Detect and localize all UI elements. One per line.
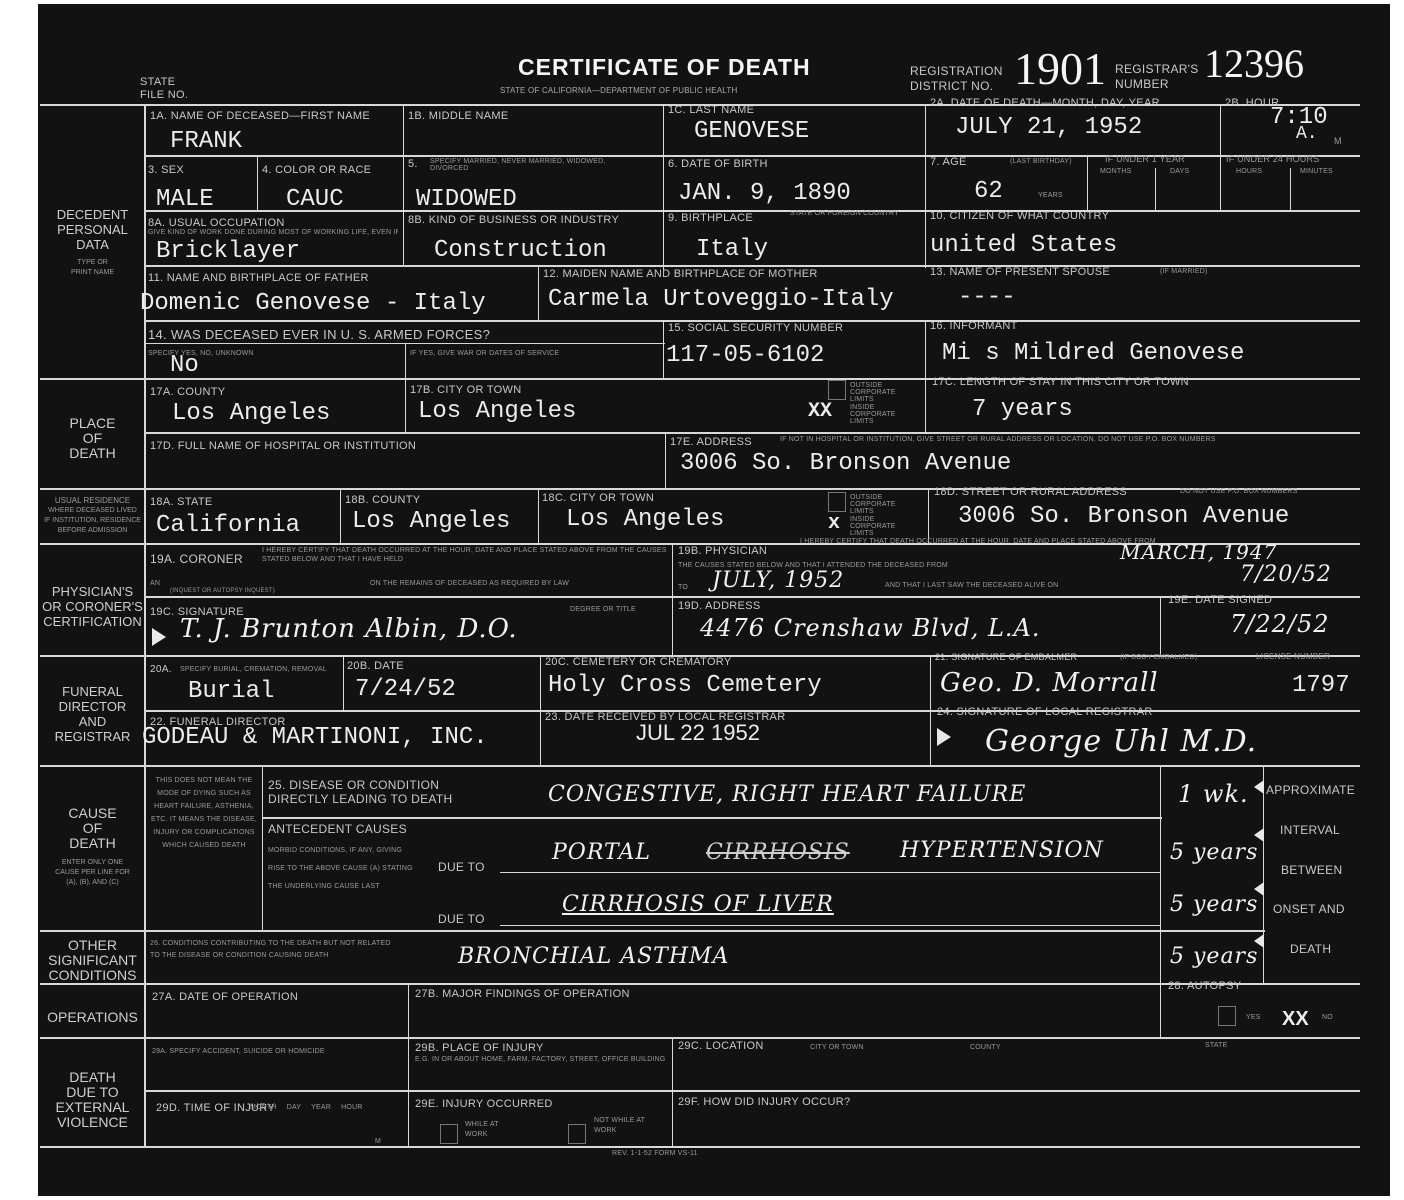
death-city-label: 17b. CITY OR TOWN — [410, 384, 521, 396]
physician-label: 19b. PHYSICIAN — [678, 545, 767, 557]
death-county-label: 17a. COUNTY — [150, 386, 225, 398]
interval-heading-2: INTERVAL — [1280, 823, 1340, 837]
divider — [262, 767, 263, 930]
age-label: 7. AGE — [930, 156, 967, 168]
divider — [1263, 767, 1264, 983]
date-of-birth-label: 6. DATE OF BIRTH — [668, 158, 768, 170]
local-registrar-label: 24. SIGNATURE OF LOCAL REGISTRAR — [937, 706, 1153, 718]
divider — [538, 490, 539, 543]
section-usual-residence: USUAL RESIDENCE — [40, 496, 145, 506]
marital-value: WIDOWED — [416, 186, 517, 213]
divider — [1290, 168, 1291, 210]
divider — [343, 657, 344, 710]
section-decedent: DECEDENT PERSONAL DATA — [40, 207, 145, 252]
divider — [262, 817, 1162, 819]
divider — [1160, 767, 1161, 1037]
divider — [665, 432, 666, 488]
age-unit: YEARS — [1038, 192, 1063, 199]
injury-state-label: STATE — [1205, 1042, 1228, 1049]
injury-place-note: E.G. IN OR ABOUT HOME, FARM, FACTORY, ST… — [415, 1056, 665, 1063]
age-value: 62 — [974, 178, 1003, 205]
cause-note: THIS DOES NOT MEAN THE MODE OF DYING SUC… — [150, 774, 258, 852]
res-city-label: 18c. CITY OR TOWN — [542, 492, 654, 504]
while-at-work-checkbox[interactable] — [440, 1124, 458, 1144]
interval-heading-3: BETWEEN — [1281, 863, 1342, 877]
certificate-subtitle: STATE OF CALIFORNIA—DEPARTMENT OF PUBLIC… — [500, 86, 737, 95]
physician-address-label: 19d. ADDRESS — [678, 600, 760, 612]
outside-limits-label: OUTSIDE CORPORATE LIMITS — [850, 382, 920, 403]
license-label: LICENSE NUMBER — [1256, 652, 1330, 661]
birthplace-value: Italy — [696, 236, 768, 263]
citizen-value: united States — [930, 232, 1117, 259]
divider — [1160, 596, 1161, 655]
divider — [40, 488, 1360, 490]
form-revision: REV. 1-1-52 FORM VS-11 — [612, 1150, 698, 1157]
sex-label: 3. SEX — [148, 164, 184, 176]
divider — [40, 930, 1265, 932]
months-label: MONTHS — [1100, 168, 1132, 175]
cemetery-label: 20c. CEMETERY OR CREMATORY — [545, 656, 732, 668]
embalmer-label: 21. SIGNATURE OF EMBALMER — [935, 652, 1077, 662]
section-place-of-death: PLACE OF DEATH — [40, 416, 145, 461]
autopsy-yes-label: YES — [1246, 1014, 1261, 1021]
ssn-value: 117-05-6102 — [666, 342, 824, 369]
under-24-label: IF UNDER 24 HOURS — [1226, 154, 1319, 164]
date-of-death-value: JULY 21, 1952 — [955, 114, 1142, 141]
spouse-note: (IF MARRIED) — [1160, 268, 1208, 275]
divider — [257, 157, 258, 210]
antecedent-note: MORBID CONDITIONS, IF ANY, GIVING RISE T… — [268, 842, 418, 896]
divider — [40, 765, 1360, 767]
disposition-value: Burial — [188, 678, 274, 705]
divider — [145, 1090, 1360, 1092]
divider — [925, 106, 926, 268]
license-number: 1797 — [1292, 672, 1350, 699]
divider — [408, 985, 409, 1146]
armed-forces-note: SPECIFY YES, NO, UNKNOWN — [148, 350, 254, 357]
father-label: 11. NAME AND BIRTHPLACE OF FATHER — [148, 272, 369, 284]
informant-value: Mi s Mildred Genovese — [942, 340, 1244, 367]
interval-heading-5: DEATH — [1290, 942, 1331, 956]
physician-to-label: TO — [678, 584, 688, 591]
res-state-label: 18a. STATE — [150, 496, 213, 508]
inside-limits-mark: XX — [808, 400, 832, 423]
death-address-note: IF NOT IN HOSPITAL OR INSTITUTION, GIVE … — [780, 436, 1350, 443]
divider — [928, 490, 929, 543]
section-other: OTHER SIGNIFICANT CONDITIONS — [40, 938, 145, 983]
sex-value: MALE — [156, 186, 214, 213]
divider — [40, 1037, 1360, 1039]
hours-label: HOURS — [1236, 168, 1262, 175]
res-address-label: 18d. STREET OR RURAL ADDRESS — [934, 486, 1127, 498]
divider — [930, 657, 931, 765]
death-address-label: 17e. ADDRESS — [670, 436, 752, 448]
date-of-death-label: 2a. DATE OF DEATH—MONTH, DAY, YEAR — [930, 97, 1160, 109]
hour-meridiem: A. — [1296, 124, 1318, 144]
mother-value: Carmela Urtoveggio-Italy — [548, 286, 894, 313]
injury-county-label: COUNTY — [970, 1044, 1001, 1051]
occupation-value: Bricklayer — [156, 238, 300, 265]
registrar-number-label: REGISTRAR'S NUMBER — [1115, 62, 1210, 92]
spouse-value: ---- — [958, 284, 1016, 311]
funeral-director-value: GODEAU & MARTINONI, INC. — [142, 724, 488, 751]
death-address-value: 3006 So. Bronson Avenue — [680, 450, 1011, 477]
coroner-text-2: ON THE REMAINS OF DECEASED AS REQUIRED B… — [370, 580, 569, 587]
injury-place-label: 29b. PLACE OF INJURY — [415, 1042, 544, 1054]
section-operations: OPERATIONS — [40, 1010, 145, 1025]
local-registrar-signature: George Uhl M.D. — [985, 724, 1257, 759]
divider — [40, 1146, 1360, 1148]
coroner-label: 19a. CORONER — [150, 552, 243, 566]
disposition-date-value: 7/24/52 — [355, 676, 456, 703]
autopsy-yes-checkbox[interactable] — [1218, 1006, 1236, 1026]
degree-label: DEGREE OR TITLE — [570, 606, 636, 613]
due-to-b-label: DUE TO — [438, 860, 485, 874]
immediate-cause-label: 25. DISEASE OR CONDITION DIRECTLY LEADIN… — [268, 778, 488, 806]
date-signed-label: 19e. DATE SIGNED — [1168, 594, 1272, 606]
res-inside-limits-mark: x — [828, 512, 840, 535]
divider — [403, 106, 404, 266]
injury-location-label: 29c. LOCATION — [678, 1040, 764, 1052]
divider — [340, 490, 341, 543]
injury-occurred-label: 29e. INJURY OCCURRED — [415, 1098, 553, 1110]
date-received-value: JUL 22 1952 — [636, 720, 760, 746]
last-name-value: GENOVESE — [694, 118, 809, 145]
interval-pointer-icon — [1254, 780, 1264, 794]
divider — [405, 343, 406, 432]
spouse-label: 13. NAME OF PRESENT SPOUSE — [930, 266, 1110, 278]
coroner-text: I HEREBY CERTIFY THAT DEATH OCCURRED AT … — [262, 546, 667, 564]
divider — [500, 872, 1160, 873]
citizen-label: 10. CITIZEN OF WHAT COUNTRY — [930, 210, 1109, 222]
divider — [663, 320, 664, 378]
divider — [925, 320, 926, 432]
embalmer-note: (IF BODY EMBALMED) — [1120, 654, 1197, 661]
mother-label: 12. MAIDEN NAME AND BIRTHPLACE OF MOTHER — [543, 268, 818, 280]
marital-note: SPECIFY MARRIED, NEVER MARRIED, WIDOWED,… — [430, 158, 630, 172]
physician-attended-from: MARCH, 1947 — [1120, 540, 1277, 564]
interval-pointer-icon — [1254, 882, 1264, 896]
marital-label: 5. — [408, 158, 418, 170]
cause-line-b: PORTAL — [552, 840, 651, 865]
interval-heading-1: APPROXIMATE — [1266, 783, 1355, 797]
certificate-title: CERTIFICATE OF DEATH — [518, 54, 811, 81]
physician-text-3: AND THAT I LAST SAW THE DECEASED ALIVE O… — [885, 582, 1058, 589]
first-name-label: 1a. NAME OF DECEASED—FIRST NAME — [150, 110, 370, 122]
physician-signature: T. J. Brunton Albin, D.O. — [180, 614, 518, 644]
coroner-sub: (INQUEST OR AUTOPSY INQUEST) — [170, 588, 275, 594]
interval-c: 5 years — [1170, 892, 1258, 917]
armed-forces-value: No — [170, 352, 199, 379]
armed-forces-label: 14. WAS DECEASED EVER IN U. S. ARMED FOR… — [148, 327, 490, 342]
while-at-work-label: WHILE AT WORK — [465, 1120, 515, 1140]
not-while-at-work-checkbox[interactable] — [568, 1124, 586, 1144]
middle-name-label: 1b. MIDDLE NAME — [408, 110, 508, 122]
coroner-an: AN — [150, 580, 160, 587]
sign-here-arrow-icon — [937, 728, 951, 746]
injury-city-label: CITY OR TOWN — [810, 1044, 864, 1051]
other-conditions-label: 26. CONDITIONS CONTRIBUTING TO THE DEATH… — [150, 938, 400, 962]
operation-findings-label: 27b. MAJOR FINDINGS OF OPERATION — [415, 988, 630, 1000]
embalmer-signature: Geo. D. Morrall — [940, 668, 1159, 698]
birthplace-label: 9. BIRTHPLACE — [668, 212, 753, 224]
industry-label: 8b. KIND OF BUSINESS OR INDUSTRY — [408, 214, 619, 226]
father-value: Domenic Genovese - Italy — [140, 290, 486, 317]
interval-heading-4: ONSET AND — [1273, 902, 1345, 916]
state-file-label: STATE FILE NO. — [140, 76, 190, 102]
minutes-label: MINUTES — [1300, 168, 1333, 175]
res-address-note: DO NOT USE P.O. BOX NUMBERS — [1180, 488, 1298, 495]
date-of-birth-value: JAN. 9, 1890 — [678, 180, 851, 207]
divider — [40, 983, 1360, 985]
operation-date-label: 27a. DATE OF OPERATION — [152, 991, 298, 1003]
divider — [1087, 157, 1088, 210]
ssn-label: 15. SOCIAL SECURITY NUMBER — [668, 322, 843, 334]
section-funeral: FUNERAL DIRECTOR AND REGISTRAR — [40, 684, 145, 744]
injury-time-m: M — [375, 1138, 381, 1145]
res-address-value: 3006 So. Bronson Avenue — [958, 503, 1289, 530]
divider — [540, 657, 541, 765]
physician-attended-to: JULY, 1952 — [712, 568, 844, 593]
disposition-date-label: 20b. DATE — [347, 660, 404, 672]
war-service-note: IF YES, GIVE WAR OR DATES OF SERVICE — [410, 350, 559, 357]
physician-address-value: 4476 Crenshaw Blvd, L.A. — [700, 614, 1040, 642]
days-label: DAYS — [1170, 168, 1189, 175]
divider — [1220, 106, 1221, 210]
race-label: 4. COLOR OR RACE — [262, 164, 371, 176]
divider — [672, 543, 673, 655]
cemetery-value: Holy Cross Cemetery — [548, 672, 822, 699]
other-interval: 5 years — [1170, 944, 1258, 969]
res-city-value: Los Angeles — [566, 506, 724, 533]
date-signed-value: 7/22/52 — [1230, 610, 1330, 638]
occupation-note: GIVE KIND OF WORK DONE DURING MOST OF WO… — [148, 229, 398, 236]
disposition-note: SPECIFY BURIAL, CREMATION, REMOVAL — [180, 666, 330, 673]
divider — [500, 925, 1160, 926]
section-usual-residence-note: WHERE DECEASED LIVED IF INSTITUTION, RES… — [40, 506, 145, 536]
section-cause-note: ENTER ONLY ONE CAUSE PER LINE FOR (A), (… — [40, 858, 145, 888]
divider — [1155, 168, 1156, 210]
race-value: CAUC — [286, 186, 344, 213]
autopsy-no-label: NO — [1322, 1014, 1333, 1021]
divider — [145, 265, 1360, 267]
hour-m: M — [1334, 136, 1342, 146]
section-external: DEATH DUE TO EXTERNAL VIOLENCE — [40, 1070, 145, 1130]
res-county-label: 18b. COUNTY — [345, 494, 420, 506]
res-county-value: Los Angeles — [352, 508, 510, 535]
physician-last-seen: 7/20/52 — [1240, 562, 1332, 587]
disposition-label: 20a. — [150, 664, 172, 675]
injury-time-cols: MONTH DAY YEAR HOUR — [250, 1104, 363, 1111]
hospital-label: 17d. FULL NAME OF HOSPITAL OR INSTITUTIO… — [150, 440, 416, 452]
registration-district-label: REGISTRATION DISTRICT No. — [910, 64, 1015, 94]
industry-value: Construction — [434, 237, 607, 264]
autopsy-label: 28. AUTOPSY — [1168, 980, 1241, 992]
section-cause: CAUSE OF DEATH — [40, 806, 145, 851]
divider — [145, 432, 1360, 434]
inside-limits-label: INSIDE CORPORATE LIMITS — [850, 404, 920, 425]
not-while-at-work-label: NOT WHILE AT WORK — [594, 1116, 654, 1136]
cause-line-a: CONGESTIVE, RIGHT HEART FAILURE — [548, 782, 1026, 807]
death-county-value: Los Angeles — [172, 400, 330, 427]
res-state-value: California — [156, 512, 300, 539]
under-year-label: IF UNDER 1 YEAR — [1105, 154, 1185, 164]
divider — [538, 266, 539, 321]
death-city-value: Los Angeles — [418, 398, 576, 425]
other-conditions-value: BRONCHIAL ASTHMA — [458, 944, 729, 969]
res-outside-limits-label: OUTSIDE CORPORATE LIMITS — [850, 494, 920, 515]
cause-line-c: CIRRHOSIS OF LIVER — [562, 892, 834, 917]
res-outside-limits-checkbox[interactable] — [828, 492, 846, 512]
last-name-label: 1c. LAST NAME — [668, 104, 754, 116]
antecedent-label: ANTECEDENT CAUSES — [268, 822, 407, 836]
due-to-c-label: DUE TO — [438, 912, 485, 926]
how-injury-label: 29f. HOW DID INJURY OCCUR? — [678, 1096, 850, 1108]
interval-b: 5 years — [1170, 840, 1258, 865]
outside-limits-checkbox[interactable] — [828, 380, 846, 400]
age-note: (LAST BIRTHDAY) — [1010, 158, 1072, 165]
sign-here-arrow-icon — [152, 628, 166, 646]
res-inside-limits-label: INSIDE CORPORATE LIMITS — [850, 516, 920, 537]
first-name-value: FRANK — [170, 128, 242, 155]
length-of-stay-label: 17c. LENGTH OF STAY IN THIS CITY OR TOWN — [932, 376, 1189, 388]
length-of-stay-value: 7 years — [972, 396, 1073, 423]
divider — [672, 1039, 673, 1146]
autopsy-no-mark[interactable]: XX — [1282, 1008, 1309, 1031]
cause-line-b-struck: CIRRHOSIS — [706, 840, 850, 865]
informant-label: 16. INFORMANT — [930, 320, 1018, 332]
interval-pointer-icon — [1254, 828, 1264, 842]
section-physician: PHYSICIAN'S OR CORONER'S CERTIFICATION — [40, 584, 145, 629]
occupation-label: 8a. USUAL OCCUPATION — [148, 217, 285, 229]
accident-label: 29a. SPECIFY ACCIDENT, SUICIDE OR HOMICI… — [152, 1048, 325, 1055]
registrar-number: 12396 — [1204, 40, 1304, 87]
registration-district-number: 1901 — [1014, 42, 1106, 95]
interval-a: 1 wk. — [1178, 780, 1249, 808]
section-decedent-note: TYPE OR PRINT NAME — [40, 258, 145, 278]
cause-line-b-after: HYPERTENSION — [900, 838, 1104, 863]
birthplace-note: STATE OR FOREIGN COUNTRY — [790, 210, 900, 217]
divider — [663, 106, 664, 270]
